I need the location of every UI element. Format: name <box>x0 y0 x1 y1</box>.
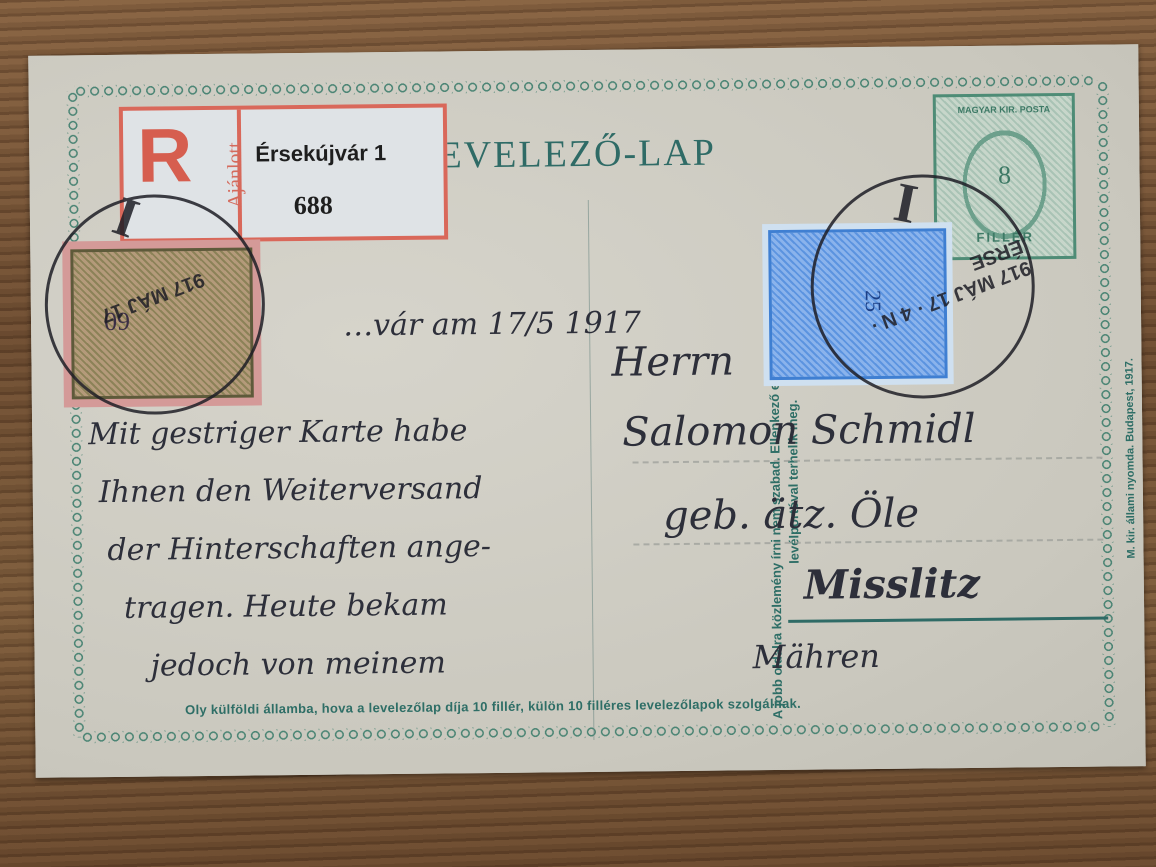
footer-note: Oly külföldi államba, hova a levelezőlap… <box>185 693 1085 717</box>
address-line: Herrn <box>611 338 734 385</box>
postmark-right: I 917 MÁJ 17 · 4 N · ÉRSE <box>810 173 1036 399</box>
address-line: geb. ätz. Öle <box>663 491 919 540</box>
postmark-letter: I <box>889 170 923 237</box>
message-line: …vár am 17/5 1917 <box>343 305 641 343</box>
address-underline <box>788 617 1108 623</box>
ornamental-border-left <box>67 91 86 737</box>
address-guide-line <box>633 457 1103 464</box>
ornamental-border-right <box>1097 81 1116 727</box>
registration-number: 688 <box>294 191 333 221</box>
postmark-letter: I <box>105 184 147 252</box>
message-line: der Hinterschaften ange- <box>107 529 491 568</box>
message-line: Mit gestriger Karte habe <box>88 413 468 452</box>
printed-stamp-header: MAGYAR KIR. POSTA <box>936 104 1072 115</box>
printer-imprint: M. kir. állami nyomda. Budapest, 1917. <box>1122 248 1142 668</box>
message-line: Ihnen den Weiterversand <box>99 471 483 510</box>
message-line: jedoch von meinem <box>150 645 446 683</box>
postcard-title: LEVELEZŐ-LAP <box>413 131 716 178</box>
postmark-date: 917 MÁJ 17 <box>97 267 207 327</box>
postcard: LEVELEZŐ-LAP A jobb oldalra közlemény ír… <box>28 44 1145 778</box>
address-line: Misslitz <box>804 560 981 609</box>
address-guide-line <box>633 539 1103 546</box>
postmark-left: I 917 MÁJ 17 <box>44 193 266 415</box>
center-divider <box>588 200 595 740</box>
registration-word: Ajánlott <box>223 115 247 235</box>
address-line: Mähren <box>752 637 880 676</box>
registration-office: Érsekújvár 1 <box>255 140 386 167</box>
registration-letter: R <box>137 112 193 200</box>
address-line: Salomon Schmidl <box>622 406 976 456</box>
postmark-date: 917 MÁJ 17 · 4 N · ÉRSE <box>842 234 1034 343</box>
message-line: tragen. Heute bekam <box>124 587 448 625</box>
ornamental-border-bottom <box>81 721 1099 744</box>
